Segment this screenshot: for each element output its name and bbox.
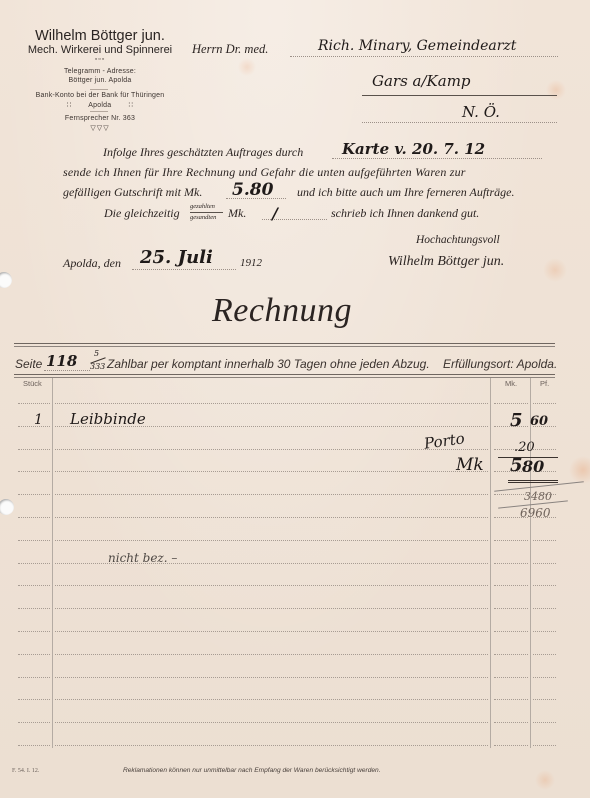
table-row-line xyxy=(494,403,528,404)
paid-fraction-bottom: gesandten xyxy=(190,214,216,221)
bank-account: Bank-Konto bei der Bank für Thüringen xyxy=(0,92,200,99)
bank-marks-left: ∷ xyxy=(67,102,72,109)
table-row-line xyxy=(18,654,50,655)
ledger-fraction-bottom: 333 xyxy=(90,362,105,371)
terms-rule-top xyxy=(14,343,555,344)
table-row-line xyxy=(18,585,50,586)
item-pf: 60 xyxy=(530,414,548,429)
recipient-name-line xyxy=(290,56,558,57)
total-mk: 5 xyxy=(510,455,523,476)
total-double-rule xyxy=(508,480,558,483)
signature: Wilhelm Böttger jun. xyxy=(388,254,504,270)
table-row-line xyxy=(533,540,556,541)
table-row-line xyxy=(18,540,50,541)
table-row-line xyxy=(494,540,528,541)
form-code: F. 54. I. 12. xyxy=(12,768,39,774)
paid-fraction-top: gezahlten xyxy=(190,203,215,210)
terms-rule-bottom xyxy=(14,374,555,375)
company-name: Wilhelm Böttger jun. xyxy=(0,28,200,44)
body-line-4b: Mk. xyxy=(228,206,246,221)
column-divider-mk xyxy=(490,378,491,748)
table-row-line xyxy=(18,517,50,518)
recipient-name: Rich. Minary, Gemeindearzt xyxy=(318,38,516,54)
table-row-line xyxy=(533,608,556,609)
ledger-fraction-top: 5 xyxy=(94,349,99,358)
table-row-line xyxy=(55,699,488,700)
company-business: Mech. Wirkerei und Spinnerei xyxy=(0,44,200,56)
table-row-line xyxy=(18,449,50,450)
table-row-line xyxy=(18,677,50,678)
table-row-line xyxy=(494,494,528,495)
table-row-line xyxy=(494,631,528,632)
recipient-region: N. Ö. xyxy=(462,103,500,121)
table-row-line xyxy=(533,699,556,700)
credit-amount: 5.80 xyxy=(232,180,273,200)
table-row-line xyxy=(494,699,528,700)
recipient-region-line xyxy=(362,122,557,123)
table-row-line xyxy=(18,745,50,746)
separator xyxy=(90,89,108,90)
salutation: Herrn Dr. med. xyxy=(192,42,268,57)
date-line xyxy=(132,269,236,270)
recipient-place: Gars a/Kamp xyxy=(372,72,471,90)
page-label: Seite xyxy=(15,357,42,371)
pencil-calc-1: 3480 xyxy=(524,490,552,503)
table-row-line xyxy=(55,585,488,586)
column-header-qty: Stück xyxy=(23,379,42,388)
table-row-line xyxy=(533,563,556,564)
table-row-line xyxy=(18,722,50,723)
telegram-label: Telegramm - Adresse: xyxy=(0,68,200,75)
table-row-line xyxy=(494,585,528,586)
table-row-line xyxy=(55,654,488,655)
table-row-line xyxy=(494,654,528,655)
ornament-top: ▫▫▫ xyxy=(0,56,200,63)
table-row-line xyxy=(18,631,50,632)
body-line-4c: schrieb ich Ihnen dankend gut. xyxy=(331,206,479,221)
table-row-line xyxy=(55,517,488,518)
table-row-line xyxy=(55,677,488,678)
separator xyxy=(90,111,108,112)
table-row-line xyxy=(533,585,556,586)
table-row-line xyxy=(55,471,488,472)
fraction-bar xyxy=(190,212,223,213)
table-row-line xyxy=(494,745,528,746)
table-row-line xyxy=(55,403,488,404)
table-row-line xyxy=(533,745,556,746)
page-number-line xyxy=(44,370,90,371)
bank-marks-right: ∷ xyxy=(128,102,133,109)
paid-amount: / xyxy=(272,204,278,223)
body-line-2: sende ich Ihnen für Ihre Rechnung und Ge… xyxy=(63,165,466,180)
table-row-line xyxy=(494,563,528,564)
item-mk: 5 xyxy=(510,410,523,431)
postage-pf: .20 xyxy=(514,440,535,455)
terms-rule-top-2 xyxy=(14,346,555,347)
table-row-line xyxy=(55,540,488,541)
table-row-line xyxy=(18,608,50,609)
bank-city: ∷ Apolda ∷ xyxy=(0,101,200,109)
column-header-mk: Mk. xyxy=(505,379,517,388)
table-row-line xyxy=(533,722,556,723)
date-place: Apolda, den xyxy=(63,256,121,271)
date-year: 1912 xyxy=(240,257,262,269)
closing-greeting: Hochachtungsvoll xyxy=(416,234,500,246)
date-day-month: 25. Juli xyxy=(140,247,213,268)
page-number: 118 xyxy=(46,352,77,370)
table-row-line xyxy=(55,494,488,495)
body-line-4a: Die gleichzeitig xyxy=(104,206,180,221)
body-line-3b: und ich bitte auch um Ihre ferneren Auft… xyxy=(297,185,515,200)
table-row-line xyxy=(55,608,488,609)
table-row-line xyxy=(18,471,50,472)
column-divider-qty xyxy=(52,378,53,748)
item-qty: 1 xyxy=(34,412,43,428)
table-row-line xyxy=(55,631,488,632)
ornament-bottom: ▽▽▽ xyxy=(0,124,200,132)
column-divider-pf xyxy=(530,378,531,748)
terms-rule-bottom-2 xyxy=(14,377,555,378)
item-description: Leibbinde xyxy=(70,410,146,428)
table-row-line xyxy=(533,654,556,655)
table-row-line xyxy=(18,403,50,404)
table-row-line xyxy=(533,449,556,450)
table-row-line xyxy=(494,722,528,723)
table-row-line xyxy=(533,631,556,632)
table-row-line xyxy=(494,677,528,678)
table-row-line xyxy=(55,449,488,450)
place-of-fulfilment: Erfüllungsort: Apolda. xyxy=(443,357,557,371)
body-line-3a: gefälligen Gutschrift mit Mk. xyxy=(63,185,202,200)
order-via-line xyxy=(332,158,542,159)
table-row-line xyxy=(18,699,50,700)
table-row-line xyxy=(494,608,528,609)
table-row-line xyxy=(18,563,50,564)
table-row-line xyxy=(533,677,556,678)
pencil-calc-2: 6960 xyxy=(520,506,551,520)
payment-terms: Zahlbar per komptant innerhalb 30 Tagen … xyxy=(107,357,430,371)
column-header-pf: Pf. xyxy=(540,379,549,388)
recipient-place-line xyxy=(362,95,557,96)
table-row-line xyxy=(18,494,50,495)
document-title: Rechnung xyxy=(212,292,352,330)
bank-city-name: Apolda xyxy=(88,102,111,109)
phone-number: Fernsprecher Nr. 363 xyxy=(0,115,200,122)
telegram-address: Böttger jun. Apolda xyxy=(0,77,200,84)
punch-hole-bottom xyxy=(0,499,14,515)
punch-hole-top xyxy=(0,272,12,288)
complaints-notice: Reklamationen können nur unmittelbar nac… xyxy=(123,767,381,774)
pencil-note: nicht bez. – xyxy=(108,551,177,565)
total-label: Mk xyxy=(456,455,484,475)
body-line-1: Infolge Ihres geschätzten Auftrages durc… xyxy=(103,145,303,160)
table-row-line xyxy=(533,403,556,404)
total-pf: 80 xyxy=(522,457,544,476)
table-row-line xyxy=(55,722,488,723)
table-row-line xyxy=(55,745,488,746)
order-via: Karte v. 20. 7. 12 xyxy=(342,140,485,158)
